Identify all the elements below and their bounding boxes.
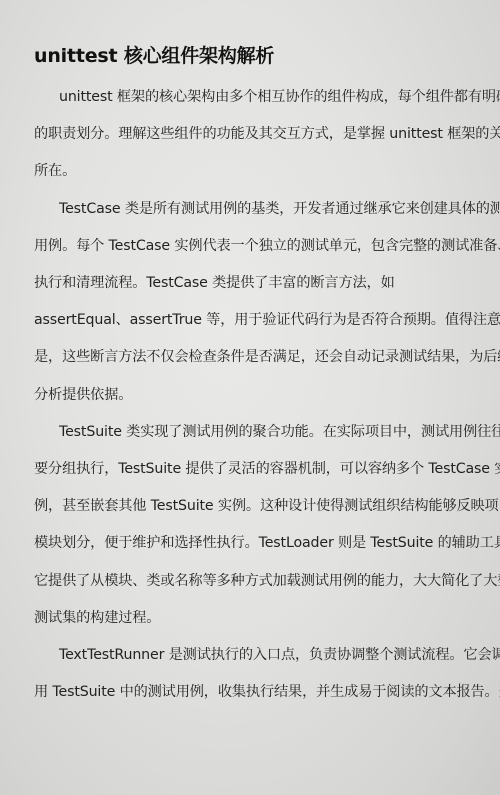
text-line: 用例。每个 TestCase 实例代表一个独立的测试单元，包含完整的测试准备、 bbox=[34, 228, 466, 265]
paragraph-intro: unittest 框架的核心架构由多个相互协作的组件构成，每个组件都有明确 的职… bbox=[34, 79, 466, 191]
text-line: assertEqual、assertTrue 等，用于验证代码行为是否符合预期。… bbox=[34, 302, 466, 339]
text-line: 它提供了从模块、类或名称等多种方式加载测试用例的能力，大大简化了大型 bbox=[34, 563, 466, 600]
paragraph-texttestrunner: TextTestRunner 是测试执行的入口点，负责协调整个测试流程。它会调 … bbox=[34, 637, 466, 711]
text-line: 所在。 bbox=[34, 153, 466, 190]
text-line: 分析提供依据。 bbox=[34, 377, 466, 414]
document-title: unittest 核心组件架构解析 bbox=[34, 42, 466, 70]
text-line: 执行和清理流程。TestCase 类提供了丰富的断言方法，如 bbox=[34, 265, 466, 302]
text-line: 测试集的构建过程。 bbox=[34, 600, 466, 637]
text-line: 模块划分，便于维护和选择性执行。TestLoader 则是 TestSuite … bbox=[34, 525, 466, 562]
text-line: 的职责划分。理解这些组件的功能及其交互方式，是掌握 unittest 框架的关键 bbox=[34, 116, 466, 153]
text-line: 用 TestSuite 中的测试用例，收集执行结果，并生成易于阅读的文本报告。开 bbox=[34, 674, 466, 711]
text-line: 要分组执行，TestSuite 提供了灵活的容器机制，可以容纳多个 TestCa… bbox=[34, 451, 466, 488]
text-line: TestCase 类是所有测试用例的基类，开发者通过继承它来创建具体的测试 bbox=[34, 191, 466, 228]
paragraph-testsuite: TestSuite 类实现了测试用例的聚合功能。在实际项目中，测试用例往往需 要… bbox=[34, 414, 466, 637]
text-line: TestSuite 类实现了测试用例的聚合功能。在实际项目中，测试用例往往需 bbox=[34, 414, 466, 451]
text-line: 例，甚至嵌套其他 TestSuite 实例。这种设计使得测试组织结构能够反映项目 bbox=[34, 488, 466, 525]
document-page: unittest 核心组件架构解析 unittest 框架的核心架构由多个相互协… bbox=[34, 42, 466, 711]
text-line: TextTestRunner 是测试执行的入口点，负责协调整个测试流程。它会调 bbox=[34, 637, 466, 674]
text-line: unittest 框架的核心架构由多个相互协作的组件构成，每个组件都有明确 bbox=[34, 79, 466, 116]
text-line: 是，这些断言方法不仅会检查条件是否满足，还会自动记录测试结果，为后续 bbox=[34, 339, 466, 376]
paragraph-testcase: TestCase 类是所有测试用例的基类，开发者通过继承它来创建具体的测试 用例… bbox=[34, 191, 466, 414]
